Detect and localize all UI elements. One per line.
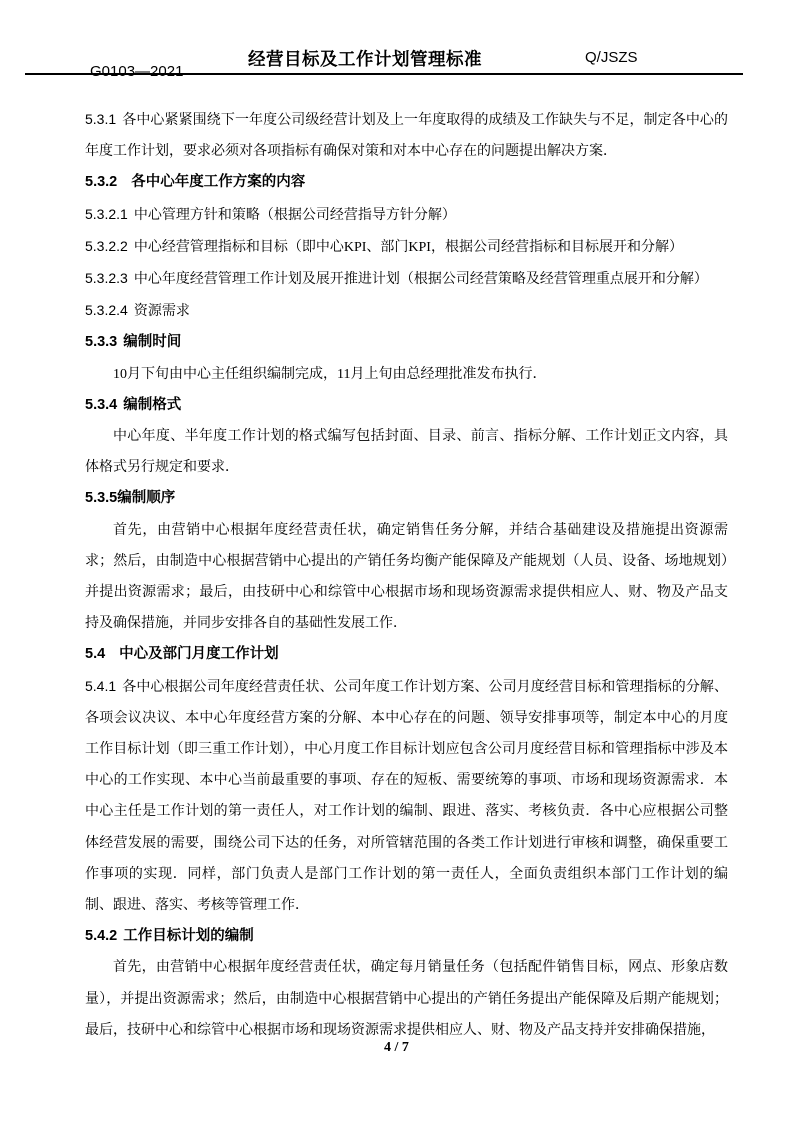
section-heading: 5.3.3编制时间 (85, 327, 728, 358)
document-page: 经营目标及工作计划管理标准 Q/JSZS G0103—2021 5.3.1各中心… (0, 0, 793, 1122)
paragraph-text: 首先，由营销中心根据年度经营责任状，确定销售任务分解，并结合基础建设及措施提出资… (85, 523, 728, 632)
clause-number: 5.4 (85, 646, 105, 662)
clause-number: 5.3.5 (85, 490, 117, 506)
heading-text: 中心及部门月度工作计划 (119, 646, 279, 662)
paragraph: 5.3.2.3中心年度经营管理工作计划及展开推进计划（根据公司经营策略及经营管理… (85, 263, 728, 295)
section-heading: 5.4.2工作目标计划的编制 (85, 921, 728, 952)
paragraph: 5.4.1各中心根据公司年度经营责任状、公司年度工作计划方案、公司月度经营目标和… (85, 671, 728, 922)
paragraph-text: 各中心根据公司年度经营责任状、公司年度工作计划方案、公司月度经营目标和管理指标的… (85, 680, 728, 913)
section-heading: 5.4中心及部门月度工作计划 (85, 639, 728, 670)
page-indicator: 4 / 7 (384, 1040, 409, 1055)
paragraph-text: 首先，由营销中心根据年度经营责任状，确定每月销量任务（包括配件销售目标，网点、形… (85, 960, 728, 1037)
clause-number: 5.4.1 (85, 678, 116, 694)
paragraph: 5.3.2.4资源需求 (85, 295, 728, 327)
paragraph-text: 10月下旬由中心主任组织编制完成，11月上旬由总经理批准发布执行． (113, 367, 546, 382)
clause-number: 5.3.2 (85, 174, 117, 190)
heading-text: 编制时间 (123, 334, 181, 350)
heading-text: 编制格式 (123, 397, 181, 413)
clause-number: 5.3.2.4 (85, 302, 128, 318)
paragraph: 5.3.2.1中心管理方针和策略（根据公司经营指导方针分解） (85, 199, 728, 231)
paragraph: 10月下旬由中心主任组织编制完成，11月上旬由总经理批准发布执行． (85, 359, 728, 390)
paragraph-text: 中心年度、半年度工作计划的格式编写包括封面、目录、前言、指标分解、工作计划正文内… (85, 429, 728, 475)
paragraph: 首先，由营销中心根据年度经营责任状，确定销售任务分解，并结合基础建设及措施提出资… (85, 515, 728, 640)
paragraph: 中心年度、半年度工作计划的格式编写包括封面、目录、前言、指标分解、工作计划正文内… (85, 421, 728, 483)
clause-number: 5.3.1 (85, 111, 116, 127)
paragraph-text: 各中心紧紧围绕下一年度公司级经营计划及上一年度取得的成绩及工作缺失与不足，制定各… (85, 113, 728, 159)
heading-text: 编制顺序 (117, 490, 175, 506)
document-body: 5.3.1各中心紧紧围绕下一年度公司级经营计划及上一年度取得的成绩及工作缺失与不… (85, 104, 728, 1046)
section-heading: 5.3.2各中心年度工作方案的内容 (85, 167, 728, 198)
page-footer: 4 / 7 (0, 1040, 793, 1056)
paragraph-text: 中心经营管理指标和目标（即中心KPI、部门KPI，根据公司经营指标和目标展开和分… (134, 240, 683, 255)
clause-number: 5.4.2 (85, 928, 117, 944)
heading-text: 各中心年度工作方案的内容 (131, 174, 305, 190)
standard-code: Q/JSZS (585, 49, 638, 66)
clause-number: 5.3.2.3 (85, 270, 128, 286)
clause-number: 5.3.2.2 (85, 238, 128, 254)
paragraph: 首先，由营销中心根据年度经营责任状，确定每月销量任务（包括配件销售目标，网点、形… (85, 952, 728, 1046)
section-heading: 5.3.4编制格式 (85, 390, 728, 421)
document-title: 经营目标及工作计划管理标准 (248, 46, 482, 71)
section-heading: 5.3.5编制顺序 (85, 483, 728, 514)
paragraph: 5.3.1各中心紧紧围绕下一年度公司级经营计划及上一年度取得的成绩及工作缺失与不… (85, 104, 728, 167)
clause-number: 5.3.3 (85, 334, 117, 350)
clause-number: 5.3.4 (85, 397, 117, 413)
standard-number: G0103—2021 (90, 63, 183, 80)
paragraph: 5.3.2.2中心经营管理指标和目标（即中心KPI、部门KPI，根据公司经营指标… (85, 231, 728, 263)
heading-text: 工作目标计划的编制 (123, 928, 254, 944)
paragraph-text: 中心年度经营管理工作计划及展开推进计划（根据公司经营策略及经营管理重点展开和分解… (134, 272, 708, 287)
paragraph-text: 资源需求 (134, 304, 190, 319)
paragraph-text: 中心管理方针和策略（根据公司经营指导方针分解） (134, 208, 456, 223)
clause-number: 5.3.2.1 (85, 206, 128, 222)
